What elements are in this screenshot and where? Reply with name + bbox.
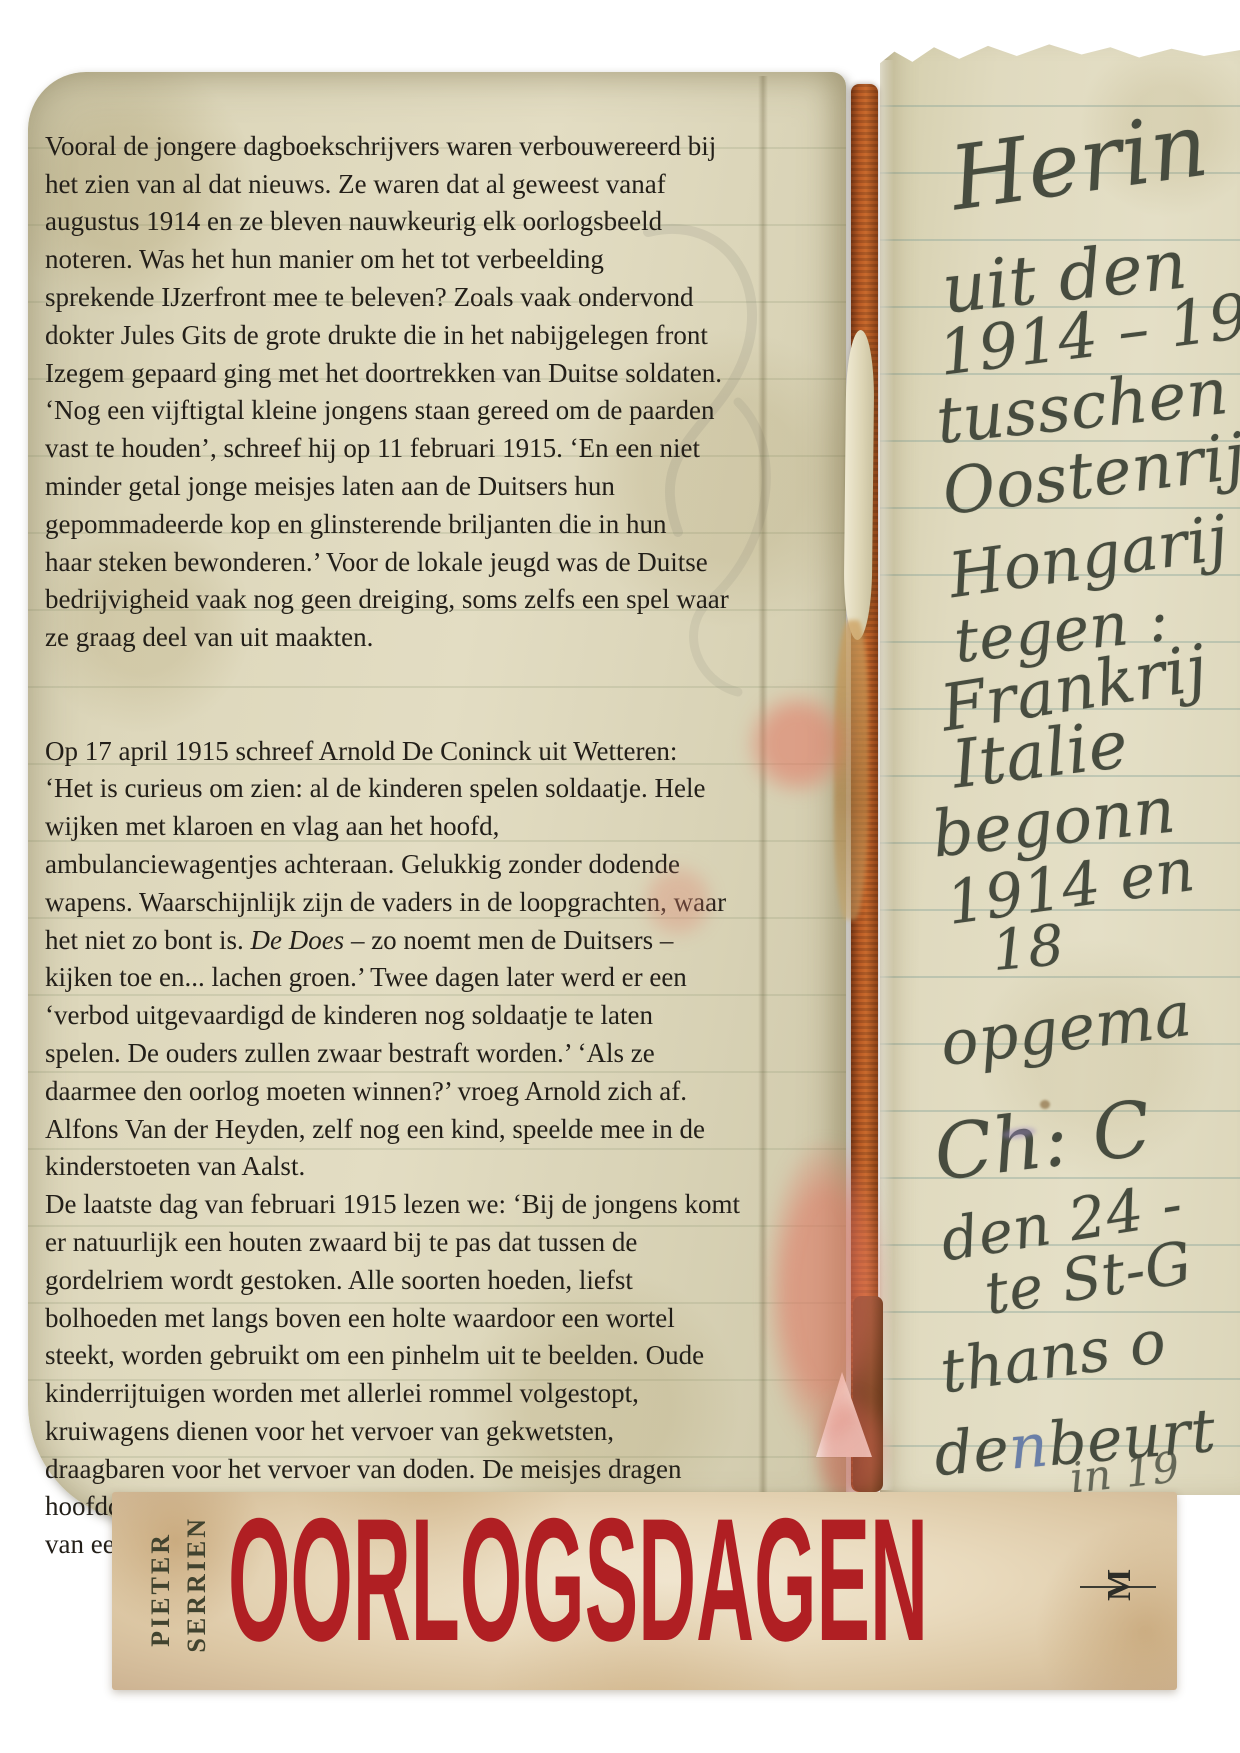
book-photo-page: Vooral de jongere dagboekschrijvers ware… [0, 0, 1240, 1753]
brown-spot [1040, 1100, 1050, 1109]
right-handwritten-page: Herin uit den 1914 – 19 tusschen Oostenr… [880, 40, 1240, 1495]
handwriting-word-part: de [931, 1414, 1012, 1490]
page-fold-crease [758, 76, 768, 1516]
paragraph-2-text: Op 17 april 1915 schreef Arnold De Conin… [45, 736, 726, 955]
right-page-torn-edge-highlight [880, 60, 894, 1490]
handwriting-line: 18 [989, 913, 1067, 984]
paragraph-2-continued: – zo noemt men de Duitsers – kijken toe … [45, 925, 740, 1560]
paragraph-1: Vooral de jongere dagboekschrijvers ware… [45, 128, 850, 657]
author-name-line1: PIETER [146, 1532, 176, 1647]
blue-ink-correction: n [1006, 1410, 1051, 1483]
printed-body-text: Vooral de jongere dagboekschrijvers ware… [45, 90, 850, 1602]
white-tear-notch [816, 1372, 872, 1457]
handwriting-line: opgema [936, 977, 1195, 1080]
tan-glue-stain [834, 620, 868, 920]
book-title-graphic: OORLOGSDAGEN [228, 1500, 944, 1660]
left-diary-page: Vooral de jongere dagboekschrijvers ware… [28, 72, 846, 1522]
italic-phrase-de-does: De Does [250, 925, 344, 955]
book-title-banner: PIETER SERRIEN OORLOGSDAGEN M [112, 1492, 1177, 1690]
publisher-m-mark-icon: M [1080, 1562, 1156, 1614]
torn-paper-shred [843, 330, 874, 640]
paragraph-2: Op 17 april 1915 schreef Arnold De Conin… [45, 733, 850, 1565]
handwriting-line: thans o [936, 1307, 1170, 1408]
handwriting-line: Herin [944, 93, 1214, 231]
author-name-line2: SERRIEN [182, 1516, 212, 1653]
publisher-m-letter: M [1101, 1569, 1139, 1601]
book-title-text: OORLOGSDAGEN [228, 1500, 928, 1660]
